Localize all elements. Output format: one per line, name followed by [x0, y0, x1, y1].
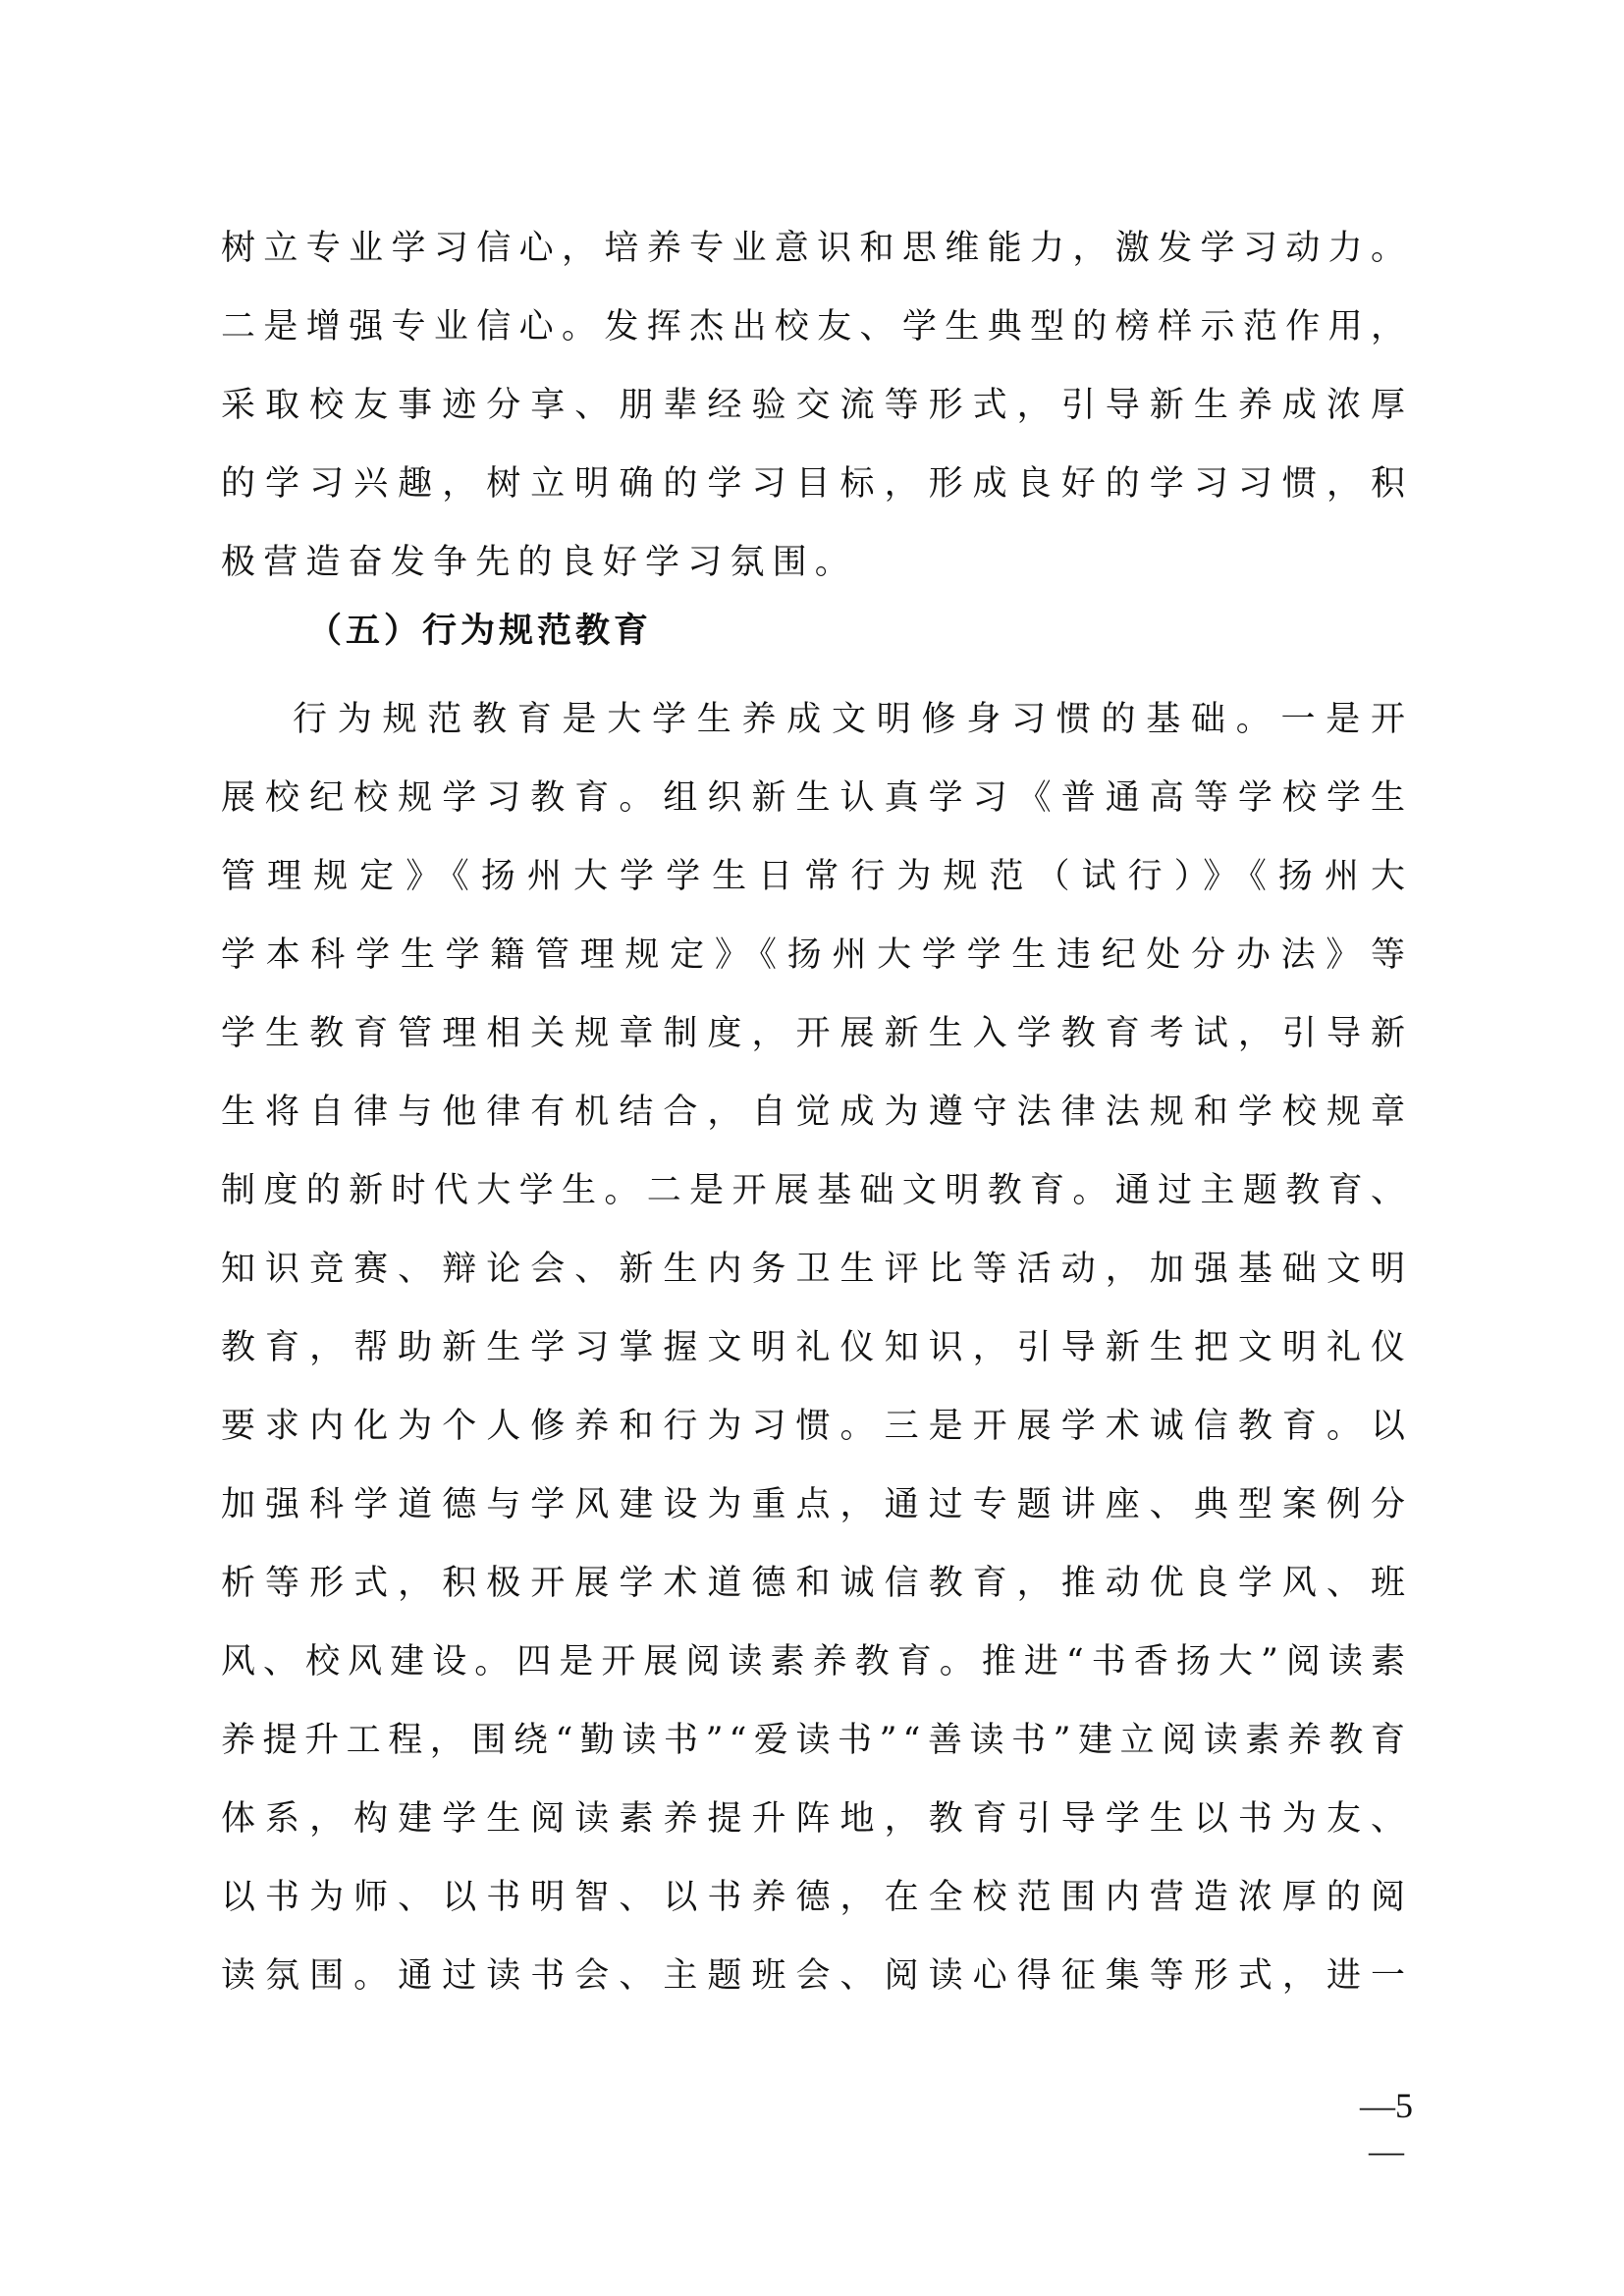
- text-line: 教育，帮助新生学习掌握文明礼仪知识，引导新生把文明礼仪: [221, 1308, 1411, 1387]
- text-line: 管理规定》《扬州大学学生日常行为规范（试行）》《扬州大: [221, 837, 1411, 916]
- section-heading: （五）行为规范教育: [221, 602, 1411, 680]
- text-line: 要求内化为个人修养和行为习惯。三是开展学术诚信教育。以: [221, 1387, 1411, 1466]
- body-text: 树立专业学习信心，培养专业意识和思维能力，激发学习动力。 二是增强专业信心。发挥…: [221, 209, 1411, 2015]
- text-line: 展校纪校规学习教育。组织新生认真学习《普通高等学校学生: [221, 759, 1411, 837]
- text-line: 学生教育管理相关规章制度，开展新生入学教育考试，引导新: [221, 994, 1411, 1073]
- text-line: 析等形式，积极开展学术道德和诚信教育，推动优良学风、班: [221, 1544, 1411, 1623]
- text-line: 学本科学生学籍管理规定》《扬州大学学生违纪处分办法》等: [221, 916, 1411, 994]
- text-line: 采取校友事迹分享、朋辈经验交流等形式，引导新生养成浓厚: [221, 366, 1411, 445]
- text-line: 体系，构建学生阅读素养提升阵地，教育引导学生以书为友、: [221, 1780, 1411, 1858]
- text-line: 生将自律与他律有机结合，自觉成为遵守法律法规和学校规章: [221, 1073, 1411, 1151]
- text-line: 以书为师、以书明智、以书养德，在全校范围内营造浓厚的阅: [221, 1858, 1411, 1937]
- page-number: —5—: [1358, 2083, 1415, 2173]
- text-line: 读氛围。通过读书会、主题班会、阅读心得征集等形式，进一: [221, 1937, 1411, 2015]
- text-line: 知识竞赛、辩论会、新生内务卫生评比等活动，加强基础文明: [221, 1230, 1411, 1308]
- text-line: 制度的新时代大学生。二是开展基础文明教育。通过主题教育、: [221, 1151, 1411, 1230]
- text-line: 极营造奋发争先的良好学习氛围。: [221, 523, 1411, 602]
- text-line: 二是增强专业信心。发挥杰出校友、学生典型的榜样示范作用，: [221, 288, 1411, 366]
- text-line: 的学习兴趣，树立明确的学习目标，形成良好的学习习惯，积: [221, 445, 1411, 523]
- text-line: 加强科学道德与学风建设为重点，通过专题讲座、典型案例分: [221, 1466, 1411, 1544]
- text-line: 树立专业学习信心，培养专业意识和思维能力，激发学习动力。: [221, 209, 1411, 288]
- text-line: 行为规范教育是大学生养成文明修身习惯的基础。一是开: [221, 680, 1411, 759]
- text-line: 养提升工程，围绕“勤读书”“爱读书”“善读书”建立阅读素养教育: [221, 1701, 1411, 1780]
- document-page: 树立专业学习信心，培养专业意识和思维能力，激发学习动力。 二是增强专业信心。发挥…: [0, 0, 1624, 2296]
- text-line: 风、校风建设。四是开展阅读素养教育。推进“书香扬大”阅读素: [221, 1623, 1411, 1701]
